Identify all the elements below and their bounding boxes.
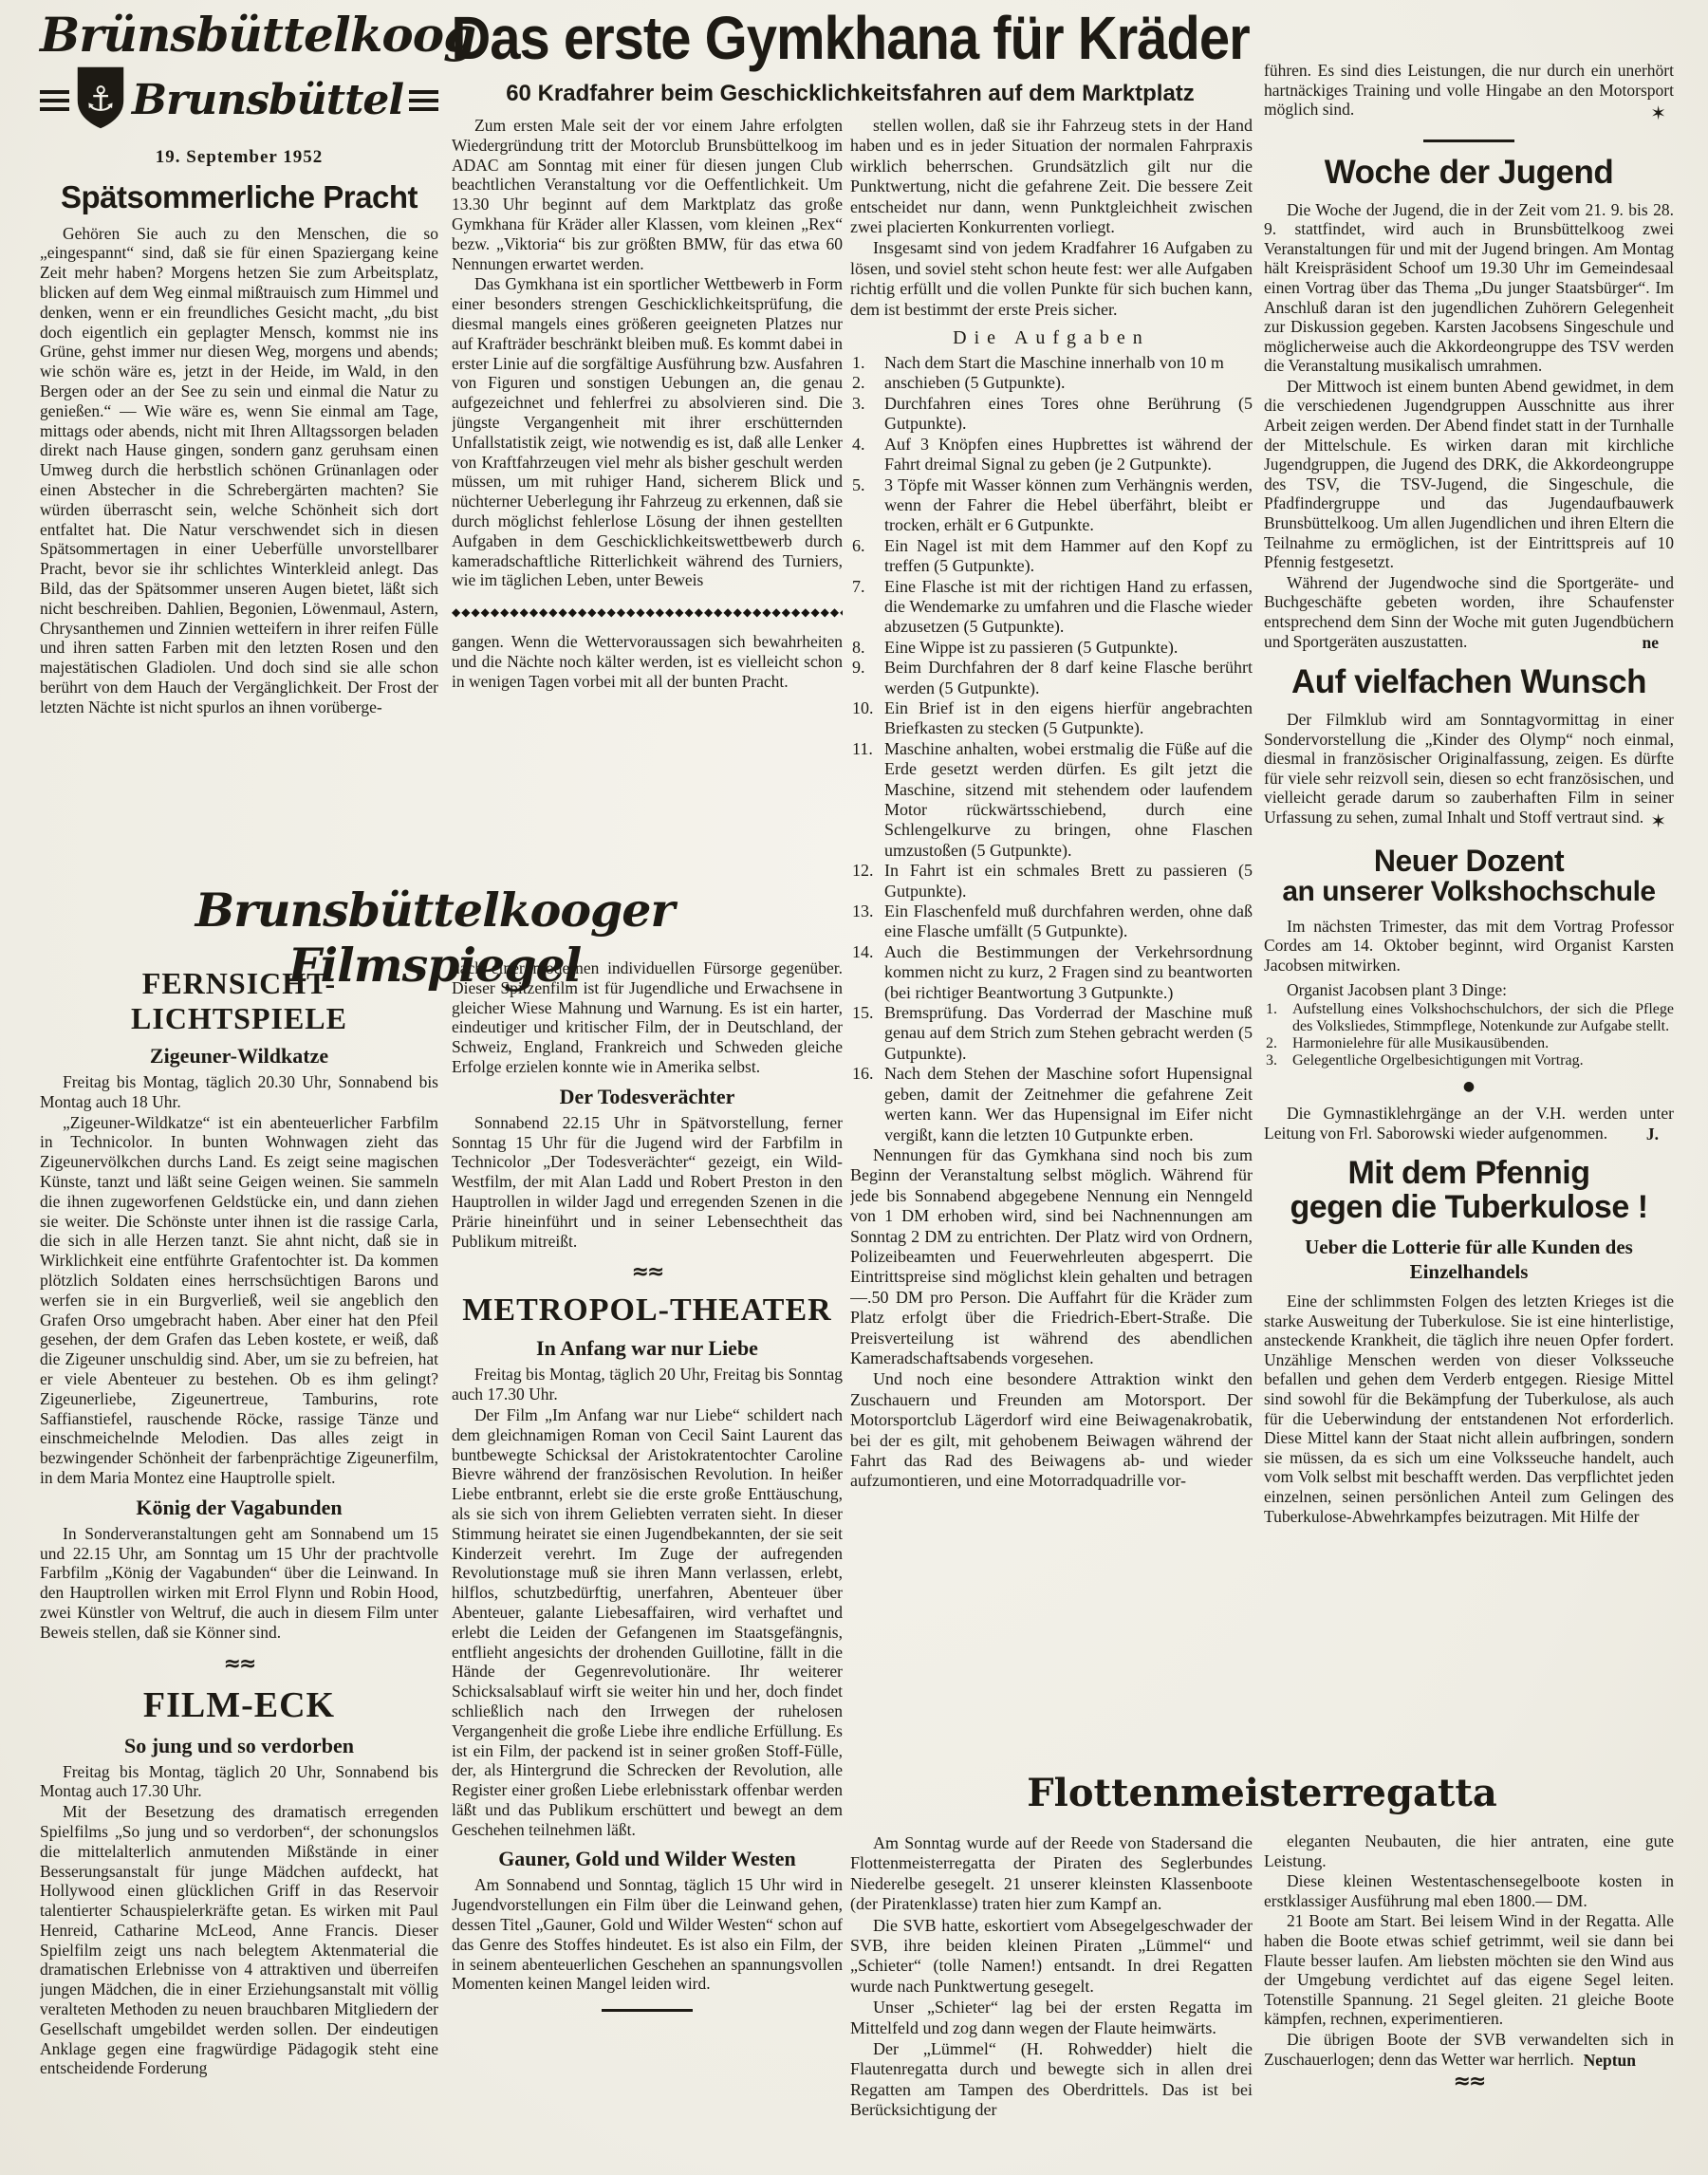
task-item: 4.Auf 3 Knöpfen eines Hupbrettes ist wäh… xyxy=(850,435,1253,475)
task-item: 16.Nach dem Stehen der Maschine sofort H… xyxy=(850,1064,1253,1145)
cinema-fernsicht-title: FERNSICHT-LICHTSPIELE xyxy=(40,966,438,1036)
cinema-metropol-title: METROPOL-THEATER xyxy=(452,1292,843,1329)
film-so-jung-continuation: nach einer modernen individuellen Fürsor… xyxy=(452,958,843,1077)
plan-item: 3.Gelegentliche Orgelbesichtigungen mit … xyxy=(1264,1052,1674,1069)
squiggle-divider: ≈≈ xyxy=(452,1262,843,1283)
task-item: 10.Ein Brief ist in den eigens hierfür a… xyxy=(850,698,1253,739)
regatta-paragraph: Diese kleinen Westentaschensegelboote ko… xyxy=(1264,1871,1674,1910)
tuberculosis-title-line1: Mit dem Pfennig xyxy=(1264,1157,1674,1191)
new-lecturer-intro: Im nächsten Trimester, das mit dem Vortr… xyxy=(1264,917,1674,976)
film-zigeuner-body: „Zigeuner-Wildkatze“ ist ein abenteuerli… xyxy=(40,1113,438,1488)
film-todesveraechter-body: Sonnabend 22.15 Uhr in Spätvorstellung, … xyxy=(452,1113,843,1252)
on-request-title: Auf vielfachen Wunsch xyxy=(1264,665,1674,700)
gymkhana-after-tasks: Nennungen für das Gymkhana sind noch bis… xyxy=(850,1145,1253,1492)
section-rule xyxy=(602,2009,693,2012)
film-zigeuner-schedule: Freitag bis Montag, täglich 20.30 Uhr, S… xyxy=(40,1072,438,1112)
squiggle-divider: ≈≈ xyxy=(40,1654,438,1675)
task-item: 8.Eine Wippe ist zu passieren (5 Gutpunk… xyxy=(850,638,1253,658)
film-gauner-body: Am Sonnabend und Sonntag, täglich 15 Uhr… xyxy=(452,1875,843,1994)
late-summer-title: Spätsommerliche Pracht xyxy=(40,181,438,214)
task-item: 13.Ein Flaschenfeld muß durchfahren werd… xyxy=(850,902,1253,942)
youth-week-body: Die Woche der Jugend, die in der Zeit vo… xyxy=(1264,200,1674,652)
tuberculosis-body: Eine der schlimmsten Folgen des letzten … xyxy=(1264,1292,1674,1526)
gymkhana-subhead: 60 Kradfahrer beim Geschicklichkeitsfahr… xyxy=(444,81,1256,107)
task-item: 6.Ein Nagel ist mit dem Hammer auf den K… xyxy=(850,536,1253,577)
newspaper-page: Brünsbüttelkoog ⚓ Brunsbüttel 19. Septem… xyxy=(0,0,1708,2175)
regatta-left: Am Sonntag wurde auf der Reede von Stade… xyxy=(850,1833,1253,2121)
regatta-right: eleganten Neubauten, die hier antraten, … xyxy=(1264,1831,1674,2069)
column-2-bottom: nach einer modernen individuellen Fürsor… xyxy=(452,958,843,2171)
section-rule xyxy=(1423,139,1514,142)
film-so-jung-title: So jung und so verdorben xyxy=(40,1734,438,1758)
task-item: 3.Durchfahren eines Tores ohne Berührung… xyxy=(850,394,1253,435)
tuberculosis-subhead: Ueber die Lotterie für alle Kunden des E… xyxy=(1264,1235,1674,1285)
squiggle-divider: ≈≈ xyxy=(1264,2072,1674,2092)
late-summer-continuation: gangen. Wenn die Wettervoraussagen sich … xyxy=(452,632,843,691)
column-4: führen. Es sind dies Leistungen, die nur… xyxy=(1264,61,1674,1765)
masthead-title-line1: Brünsbüttelkoog xyxy=(40,11,438,59)
tasks-title: Die Aufgaben xyxy=(850,327,1253,349)
film-anfang-title: In Anfang war nur Liebe xyxy=(452,1336,843,1361)
gymkhana-paragraph: Das Gymkhana ist ein sportlicher Wettbew… xyxy=(452,274,843,590)
masthead-row: ⚓ Brunsbüttel xyxy=(40,65,438,136)
regatta-paragraph: eleganten Neubauten, die hier antraten, … xyxy=(1264,1831,1674,1870)
film-so-jung-schedule: Freitag bis Montag, täglich 20 Uhr, Sonn… xyxy=(40,1762,438,1802)
masthead-date: 19. September 1952 xyxy=(40,147,438,168)
regatta-paragraph: Der „Lümmel“ (H. Rohwedder) hielt die Fl… xyxy=(850,2039,1253,2121)
film-anfang-body: Der Film „Im Anfang war nur Liebe“ schil… xyxy=(452,1405,843,1840)
masthead-title-line2: Brunsbüttel xyxy=(132,80,403,121)
regatta-paragraph: Am Sonntag wurde auf der Reede von Stade… xyxy=(850,1833,1253,1915)
cinema-film-eck-title: FILM-ECK xyxy=(40,1684,438,1726)
task-item: 5.3 Töpfe mit Wasser können zum Verhängn… xyxy=(850,475,1253,536)
task-item: 9.Beim Durchfahren der 8 darf keine Flas… xyxy=(850,658,1253,698)
task-item: 11.Maschine anhalten, wobei erstmalig di… xyxy=(850,739,1253,861)
new-lecturer-plan-intro: Organist Jacobsen plant 3 Dinge: xyxy=(1264,980,1674,1000)
gymkhana-col-a: Zum ersten Male seit der vor einem Jahre… xyxy=(452,116,843,590)
tuberculosis-title-line2: gegen die Tuberkulose ! xyxy=(1264,1191,1674,1225)
film-zigeuner-title: Zigeuner-Wildkatze xyxy=(40,1044,438,1069)
gymkhana-paragraph: stellen wollen, daß sie ihr Fahrzeug ste… xyxy=(850,116,1253,237)
column-1-bottom: FERNSICHT-LICHTSPIELE Zigeuner-Wildkatze… xyxy=(40,957,438,2171)
film-gauner-title: Gauner, Gold und Wilder Westen xyxy=(452,1847,843,1871)
youth-week-title: Woche der Jugend xyxy=(1264,156,1674,191)
film-so-jung-body: Mit der Besetzung des dramatisch erregen… xyxy=(40,1802,438,2078)
anchor-crest-icon: ⚓ xyxy=(75,65,126,136)
film-vagabunden-body: In Sonderveranstaltungen geht am Sonnabe… xyxy=(40,1524,438,1643)
gymkhana-headline: Das erste Gymkhana für Kräder xyxy=(444,8,1256,71)
task-item: 7.Eine Flasche ist mit der richtigen Han… xyxy=(850,577,1253,638)
regatta-paragraph: Die SVB hatte, eskortiert vom Absegelges… xyxy=(850,1916,1253,1998)
gymkhana-paragraph: Nennungen für das Gymkhana sind noch bis… xyxy=(850,1145,1253,1368)
regatta-headline-block: Flottenmeisterregatta xyxy=(949,1771,1575,1815)
youth-week-paragraph: Die Woche der Jugend, die in der Zeit vo… xyxy=(1264,200,1674,376)
bullet-ornament: ● xyxy=(1264,1079,1674,1094)
new-lecturer-title-line2: an unserer Volkshochschule xyxy=(1264,877,1674,907)
film-vagabunden-title: König der Vagabunden xyxy=(40,1496,438,1520)
flourish-left xyxy=(40,90,69,111)
column-3-regatta: Am Sonntag wurde auf der Reede von Stade… xyxy=(850,1833,1253,2171)
column-1-top: Brünsbüttelkoog ⚓ Brunsbüttel 19. Septem… xyxy=(40,11,438,718)
task-item: 2.anschieben (5 Gutpunkte). xyxy=(850,373,1253,393)
flourish-right xyxy=(409,90,438,111)
task-item: 15.Bremsprüfung. Das Vorderrad der Masch… xyxy=(850,1003,1253,1064)
regatta-paragraph: Unser „Schieter“ lag bei der ersten Rega… xyxy=(850,1998,1253,2038)
youth-week-paragraph: Der Mittwoch ist einem bunten Abend gewi… xyxy=(1264,377,1674,572)
gymkhana-paragraph: Und noch eine besondere Attraktion winkt… xyxy=(850,1369,1253,1491)
masthead: Brünsbüttelkoog ⚓ Brunsbüttel 19. Septem… xyxy=(40,11,438,168)
gymkhana-headline-block: Das erste Gymkhana für Kräder 60 Kradfah… xyxy=(444,8,1256,107)
regatta-title: Flottenmeisterregatta xyxy=(949,1771,1575,1815)
plan-item: 1.Aufstellung eines Volkshochschulchors,… xyxy=(1264,1001,1674,1035)
film-anfang-schedule: Freitag bis Montag, täglich 20 Uhr, Frei… xyxy=(452,1365,843,1404)
gymkhana-paragraph: Insgesamt sind von jedem Kradfahrer 16 A… xyxy=(850,238,1253,320)
gymkhana-paragraph: Zum ersten Male seit der vor einem Jahre… xyxy=(452,116,843,273)
on-request-body: Der Filmklub wird am Sonntagvormittag in… xyxy=(1264,710,1674,827)
late-summer-body: Gehören Sie auch zu den Menschen, die so… xyxy=(40,224,438,717)
diamond-divider: ◆◆◆◆◆◆◆◆◆◆◆◆◆◆◆◆◆◆◆◆◆◆◆◆◆◆◆◆◆◆◆◆◆◆◆◆◆◆◆◆… xyxy=(452,605,843,619)
film-todesveraechter-title: Der Todesverächter xyxy=(452,1085,843,1109)
task-item: 1.Nach dem Start die Maschine innerhalb … xyxy=(850,353,1253,373)
tasks-list: 1.Nach dem Start die Maschine innerhalb … xyxy=(850,353,1253,1145)
column-4-regatta: eleganten Neubauten, die hier antraten, … xyxy=(1264,1831,1674,2171)
svg-text:⚓: ⚓ xyxy=(85,80,116,119)
column-3: stellen wollen, daß sie ihr Fahrzeug ste… xyxy=(850,116,1253,1763)
column-2-top: Zum ersten Male seit der vor einem Jahre… xyxy=(452,116,843,955)
regatta-paragraph: 21 Boote am Start. Bei leisem Wind in de… xyxy=(1264,1911,1674,2029)
task-item: 14.Auch die Bestimmungen der Verkehrsord… xyxy=(850,942,1253,1003)
new-lecturer-title-line1: Neuer Dozent xyxy=(1264,846,1674,878)
new-lecturer-plans: 1.Aufstellung eines Volkshochschulchors,… xyxy=(1264,1001,1674,1069)
plan-item: 2.Harmonielehre für alle Musikausübenden… xyxy=(1264,1035,1674,1052)
gymkhana-col-b: stellen wollen, daß sie ihr Fahrzeug ste… xyxy=(850,116,1253,320)
task-item: 12.In Fahrt ist ein schmales Brett zu pa… xyxy=(850,861,1253,902)
